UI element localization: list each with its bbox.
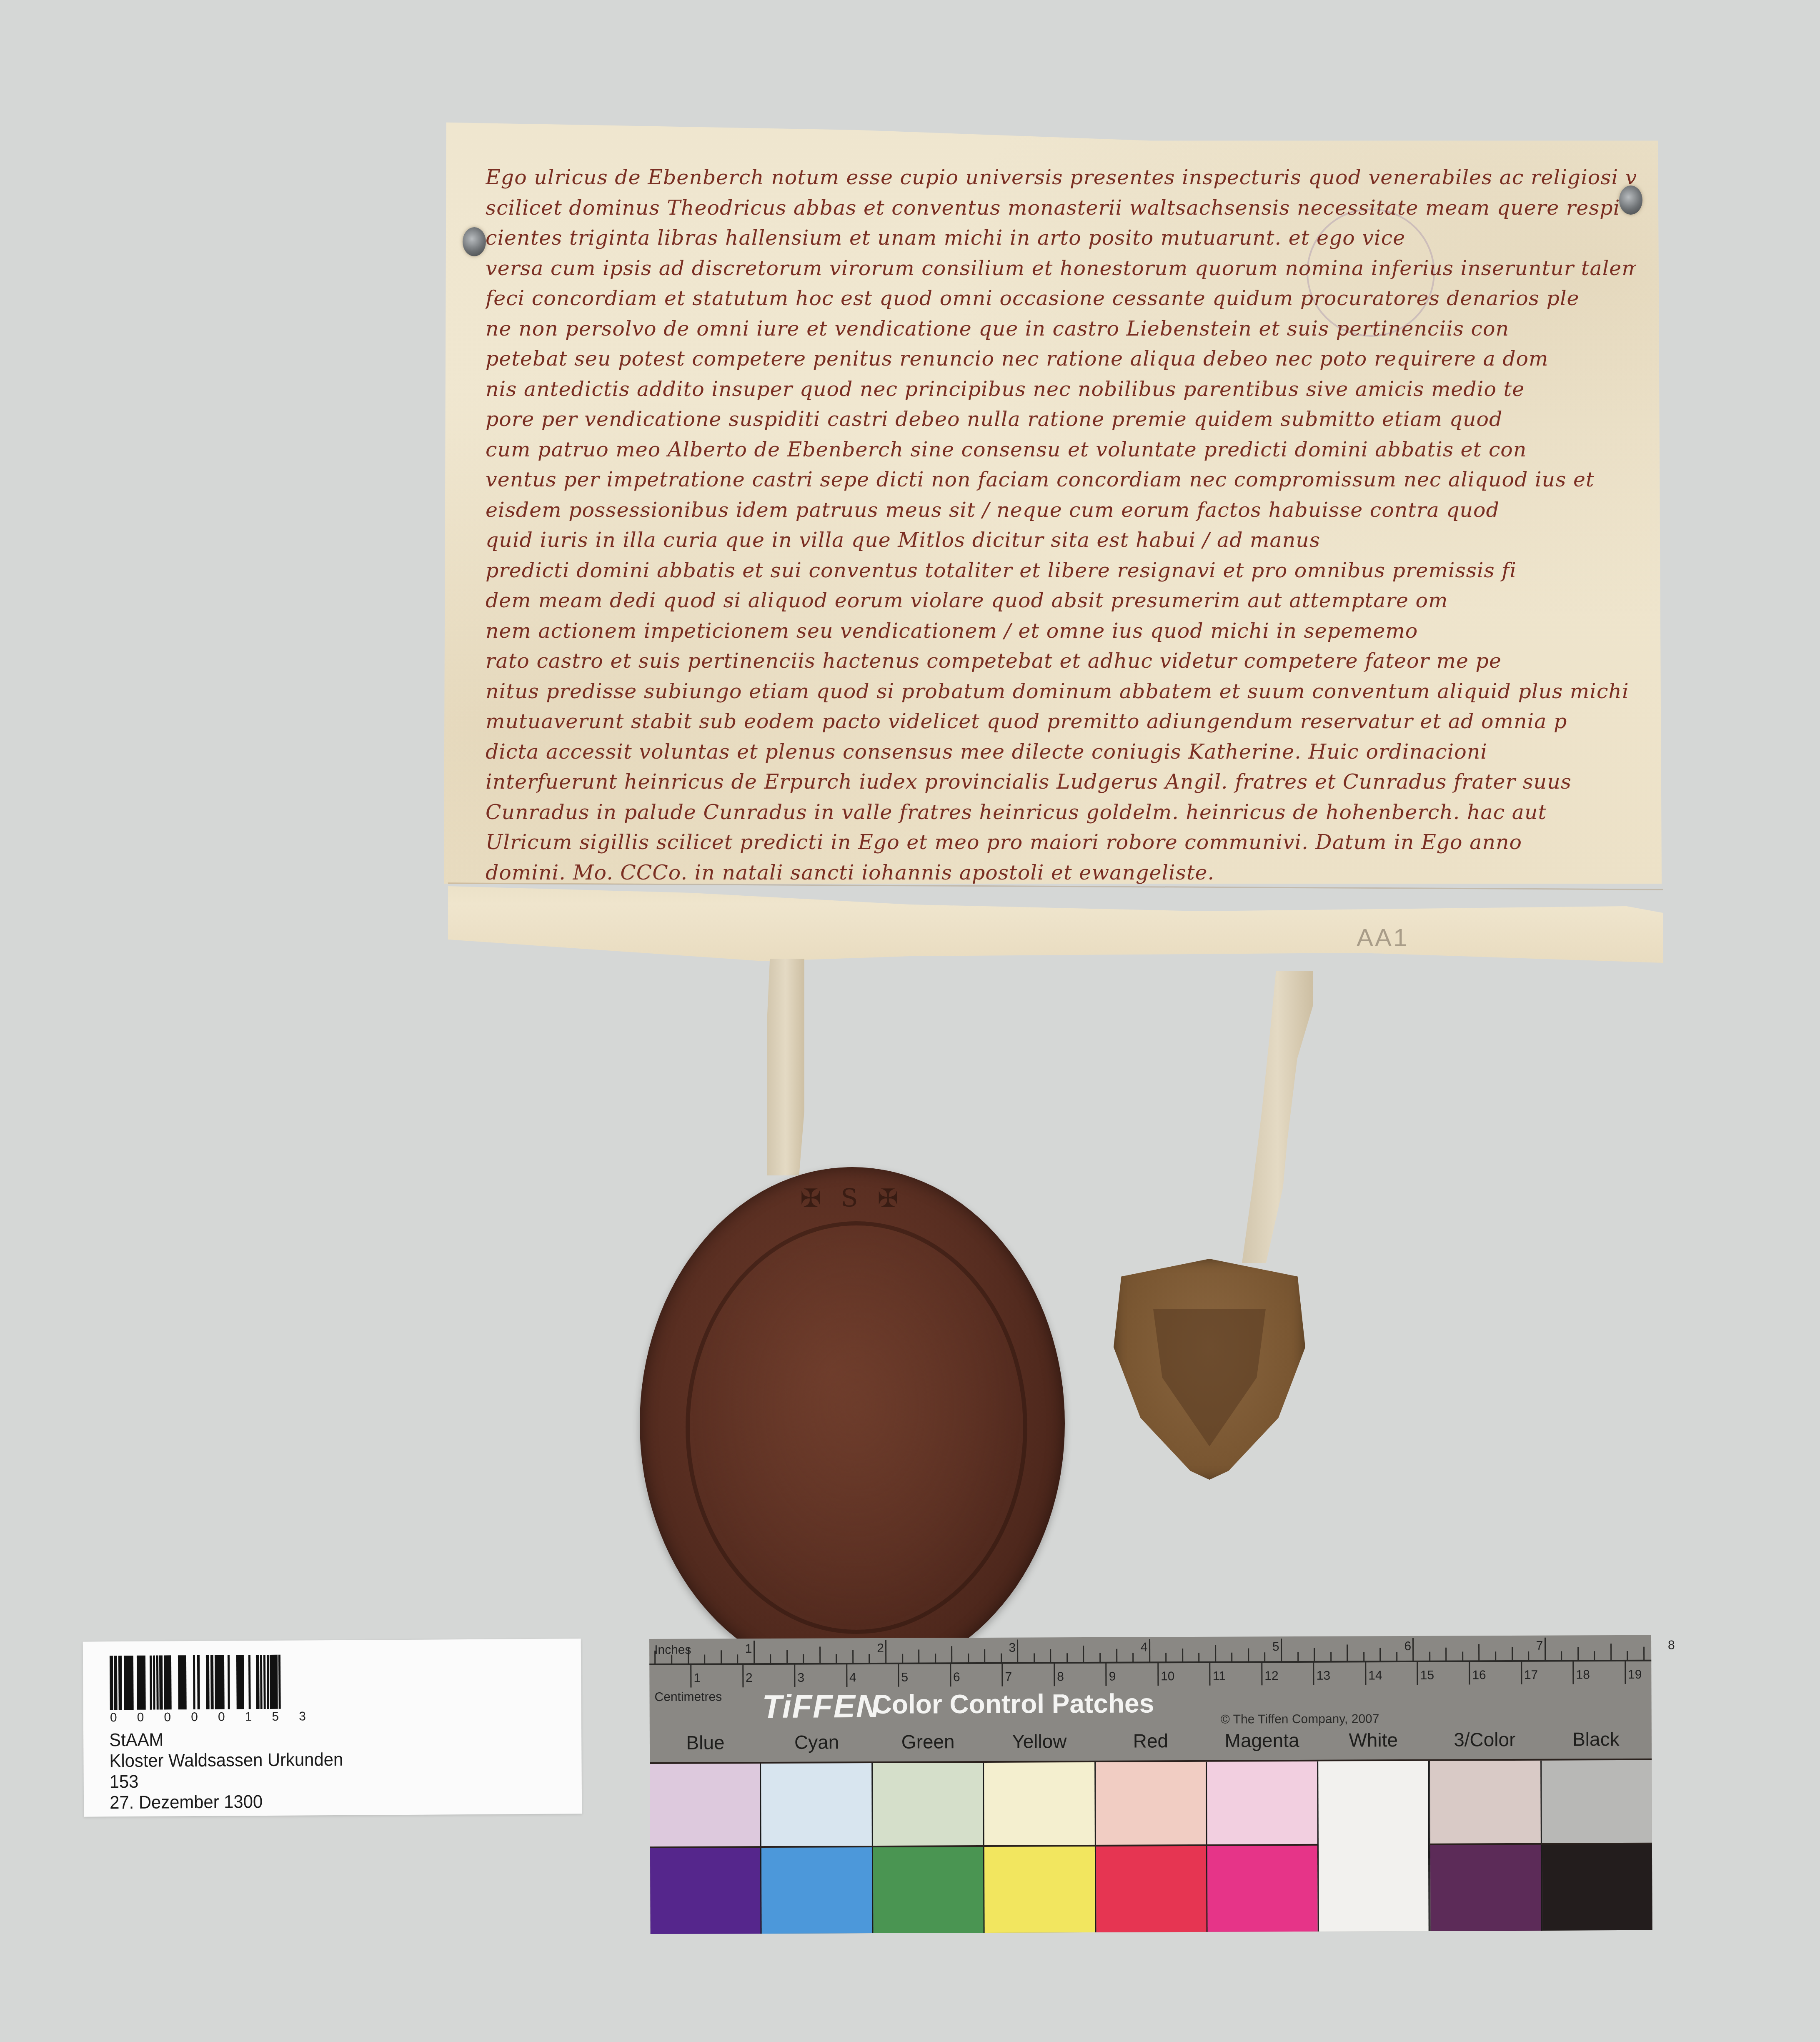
- white-patch: [1317, 1761, 1430, 1932]
- barcode-bar: [178, 1655, 187, 1709]
- light-patch-red: [1096, 1762, 1207, 1846]
- inch-tick: [1445, 1648, 1447, 1661]
- seal-image-field: [686, 1221, 1027, 1634]
- dark-patch-3-color: [1430, 1845, 1542, 1931]
- inch-tick: [1099, 1653, 1101, 1662]
- manuscript-line: dicta accessit voluntas et plenus consen…: [486, 737, 1636, 767]
- barcode-digit: 0: [164, 1710, 171, 1724]
- inch-tick: [1347, 1645, 1348, 1661]
- cm-tick: [1469, 1661, 1470, 1684]
- patch-label-white: White: [1317, 1729, 1429, 1751]
- cm-tick: [1572, 1661, 1574, 1684]
- archive-name: StAAM: [109, 1731, 163, 1749]
- inch-tick: [1610, 1644, 1612, 1660]
- barcode-digit: 5: [272, 1710, 279, 1724]
- manuscript-line: cientes triginta libras hallensium et un…: [486, 223, 1636, 253]
- manuscript-line: Cunradus in palude Cunradus in valle fra…: [486, 797, 1636, 828]
- cm-number: 3: [797, 1671, 804, 1685]
- inch-tick: [1478, 1644, 1480, 1661]
- cm-number: 15: [1420, 1669, 1434, 1683]
- inch-number: 8: [1668, 1639, 1675, 1653]
- cm-tick: [1313, 1662, 1314, 1685]
- inch-tick: [869, 1654, 870, 1663]
- copyright-text: © The Tiffen Company, 2007: [1221, 1712, 1379, 1726]
- barcode-bar: [137, 1656, 146, 1710]
- inch-tick: [1281, 1639, 1282, 1661]
- patch-label-3-color: 3/Color: [1429, 1728, 1540, 1751]
- barcode-digit: 0: [110, 1711, 117, 1725]
- inch-tick: [902, 1654, 903, 1663]
- cm-tick: [1054, 1663, 1055, 1686]
- inch-tick: [1495, 1651, 1496, 1661]
- barcode-icon: [110, 1654, 306, 1710]
- cm-tick: [898, 1664, 899, 1687]
- manuscript-line: Ego ulricus de Ebenberch notum esse cupi…: [486, 163, 1636, 193]
- seal-strap-right: [1242, 971, 1313, 1263]
- cm-tick: [1365, 1662, 1366, 1685]
- dark-patch-black: [1542, 1844, 1652, 1931]
- light-patch-green: [873, 1763, 984, 1847]
- inch-tick: [852, 1650, 854, 1663]
- manuscript-line: domini. Mo. CCCo. in natali sancti iohan…: [486, 858, 1636, 888]
- inch-tick: [1561, 1651, 1562, 1661]
- round-wax-seal: ✠ S ✠: [640, 1167, 1065, 1680]
- patch-label-cyan: Cyan: [761, 1731, 872, 1754]
- cm-tick: [742, 1664, 744, 1687]
- inch-tick: [1034, 1653, 1035, 1662]
- manuscript-line: Ulricum sigillis scilicet predicti in Eg…: [486, 827, 1636, 858]
- barcode-bar: [278, 1655, 281, 1709]
- manuscript-line: ne non persolvo de omni iure et vendicat…: [486, 314, 1636, 344]
- tiffen-color-card: 1234567812345678910111213141516171819 In…: [649, 1635, 1652, 1934]
- inch-tick: [1149, 1639, 1150, 1662]
- barcode-bar: [124, 1656, 134, 1710]
- cm-tick: [950, 1664, 951, 1686]
- light-patch-row: [650, 1760, 1652, 1847]
- inch-tick: [754, 1641, 755, 1664]
- inch-tick: [819, 1646, 821, 1663]
- manuscript-line: petebat seu potest competere penitus ren…: [486, 344, 1636, 374]
- cm-tick: [1157, 1663, 1159, 1686]
- inch-tick: [1528, 1651, 1529, 1661]
- inch-tick: [1396, 1652, 1397, 1661]
- inch-tick: [918, 1650, 919, 1663]
- cm-tick: [1261, 1662, 1262, 1685]
- inch-tick: [1050, 1649, 1051, 1662]
- inch-tick: [1001, 1654, 1002, 1663]
- manuscript-line: pore per vendicatione suspiditi castri d…: [486, 404, 1636, 435]
- inch-tick: [737, 1654, 738, 1664]
- inch-tick: [1314, 1648, 1315, 1661]
- inch-tick: [968, 1654, 969, 1663]
- inch-tick: [1017, 1640, 1018, 1663]
- inch-tick: [1182, 1649, 1183, 1662]
- parchment-fold-plica: [448, 879, 1663, 963]
- inch-tick: [1231, 1653, 1232, 1662]
- inch-tick: [935, 1654, 936, 1663]
- cm-number: 1: [693, 1671, 701, 1686]
- inch-tick: [1132, 1653, 1134, 1662]
- barcode-bar: [215, 1655, 225, 1709]
- inch-tick: [1512, 1647, 1513, 1661]
- inch-tick: [721, 1650, 722, 1664]
- inch-tick: [984, 1649, 985, 1663]
- cm-tick: [1625, 1661, 1626, 1684]
- inch-number: 3: [1009, 1641, 1016, 1655]
- tiffen-logo: TiFFEN: [762, 1687, 880, 1726]
- inch-number: 2: [877, 1641, 884, 1656]
- collection-name: Kloster Waldsassen Urkunden: [109, 1751, 343, 1770]
- manuscript-line: nitus predisse subiungo etiam quod si pr…: [486, 676, 1636, 707]
- barcode-space: [186, 1655, 193, 1709]
- shield-coat-of-arms-icon: [1153, 1309, 1266, 1446]
- light-patch-black: [1542, 1760, 1652, 1844]
- inch-tick: [1215, 1645, 1216, 1662]
- manuscript-line: nis antedictis addito insuper quod nec p…: [486, 374, 1636, 405]
- inch-tick: [803, 1654, 804, 1664]
- cm-number: 13: [1317, 1669, 1331, 1683]
- inch-tick: [770, 1654, 771, 1664]
- inch-tick: [1429, 1652, 1430, 1661]
- manuscript-line: versa cum ipsis ad discretorum virorum c…: [486, 253, 1636, 284]
- barcode-number: 00000153: [110, 1709, 306, 1725]
- cm-tick: [1209, 1663, 1211, 1686]
- inch-tick: [1627, 1651, 1628, 1660]
- ruler-inches-label: Inches: [654, 1643, 691, 1657]
- seal-strap-left: [767, 959, 804, 1175]
- patch-label-black: Black: [1540, 1728, 1652, 1751]
- cm-number: 14: [1368, 1669, 1382, 1683]
- dark-patch-row: [650, 1844, 1652, 1934]
- inch-tick: [1165, 1653, 1167, 1662]
- cm-number: 12: [1264, 1669, 1279, 1683]
- cm-tick: [1417, 1662, 1418, 1685]
- inch-number: 1: [745, 1642, 752, 1656]
- barcode-space: [200, 1655, 206, 1709]
- inch-tick: [1462, 1652, 1463, 1661]
- manuscript-line: eisdem possessionibus idem patruus meus …: [486, 495, 1636, 526]
- barcode-digit: 3: [299, 1709, 306, 1724]
- cm-number: 4: [849, 1671, 856, 1685]
- light-patch-3-color: [1430, 1761, 1542, 1844]
- barcode-space: [230, 1655, 236, 1709]
- patch-label-green: Green: [872, 1730, 984, 1753]
- document-date: 27. Dezember 1300: [110, 1793, 263, 1812]
- manuscript-line: quid iuris in illa curia que in villa qu…: [486, 525, 1636, 556]
- inch-tick: [1248, 1648, 1249, 1661]
- light-patch-cyan: [761, 1763, 873, 1847]
- dark-patch-red: [1096, 1846, 1208, 1932]
- barcode-bar: [236, 1655, 244, 1709]
- ruler-cm-label: Centimetres: [654, 1690, 722, 1704]
- cm-number: 17: [1524, 1668, 1538, 1682]
- inch-tick: [1545, 1638, 1546, 1661]
- light-patch-blue: [650, 1764, 761, 1847]
- light-patch-yellow: [984, 1762, 1096, 1846]
- barcode-bar: [164, 1655, 172, 1709]
- patch-label-yellow: Yellow: [984, 1730, 1095, 1753]
- manuscript-line: predicti domini abbatis et sui conventus…: [486, 556, 1636, 586]
- barcode-space: [250, 1655, 256, 1709]
- cm-number: 16: [1472, 1668, 1486, 1682]
- inch-tick: [1412, 1638, 1414, 1661]
- barcode-digit: 0: [218, 1710, 225, 1724]
- inch-number: 7: [1536, 1639, 1543, 1653]
- cm-number: 2: [746, 1671, 753, 1685]
- cm-number: 5: [901, 1671, 908, 1685]
- card-title: Color Control Patches: [872, 1688, 1154, 1720]
- inch-tick: [951, 1646, 952, 1663]
- dark-patch-yellow: [984, 1847, 1096, 1933]
- barcode-digit: 1: [245, 1710, 252, 1724]
- cm-tick: [794, 1664, 795, 1687]
- inch-tick: [704, 1654, 705, 1664]
- cm-number: 11: [1213, 1669, 1226, 1684]
- manuscript-text: Ego ulricus de Ebenberch notum esse cupi…: [486, 163, 1636, 888]
- cm-number: 7: [1005, 1670, 1012, 1684]
- cm-tick: [1105, 1663, 1107, 1686]
- manuscript-line: feci concordiam et statutum hoc est quod…: [486, 283, 1636, 314]
- pencil-annotation: AA1: [1357, 923, 1409, 952]
- cm-tick: [1521, 1661, 1522, 1684]
- cm-tick: [690, 1665, 691, 1688]
- cm-number: 9: [1109, 1670, 1116, 1684]
- inch-tick: [1594, 1651, 1595, 1660]
- inch-tick: [1116, 1649, 1117, 1662]
- document-number: 153: [110, 1773, 139, 1791]
- seal-legend-glyphs: ✠ S ✠: [640, 1184, 1065, 1213]
- patch-label-blue: Blue: [650, 1731, 761, 1754]
- barcode-digit: 0: [191, 1710, 198, 1724]
- mounting-rivet-left-icon: [463, 227, 486, 256]
- barcode-digit: 0: [137, 1711, 144, 1725]
- dark-patch-cyan: [761, 1847, 873, 1934]
- shield-wax-seal: [1114, 1259, 1305, 1480]
- inch-number: 5: [1272, 1640, 1279, 1654]
- manuscript-line: mutuaverunt stabit sub eodem pacto videl…: [486, 707, 1636, 737]
- barcode-space: [244, 1655, 248, 1709]
- manuscript-line: nem actionem impeticionem seu vendicatio…: [486, 616, 1636, 646]
- barcode-space: [145, 1656, 150, 1710]
- archive-label: 00000153 StAAM Kloster Waldsassen Urkund…: [83, 1639, 582, 1817]
- dark-patch-blue: [650, 1848, 762, 1934]
- inch-tick: [1379, 1648, 1381, 1661]
- dark-patch-magenta: [1207, 1846, 1319, 1932]
- cm-number: 8: [1057, 1670, 1064, 1684]
- manuscript-line: cum patruo meo Alberto de Ebenberch sine…: [486, 435, 1636, 465]
- inch-tick: [1330, 1652, 1332, 1661]
- inch-number: 4: [1141, 1640, 1148, 1654]
- cm-number: 10: [1161, 1669, 1175, 1684]
- inch-tick: [836, 1654, 837, 1663]
- cm-tick: [1001, 1664, 1003, 1686]
- cm-number: 19: [1628, 1668, 1642, 1682]
- patch-label-magenta: Magenta: [1206, 1729, 1317, 1752]
- barcode-bar: [270, 1655, 278, 1709]
- inch-number: 6: [1404, 1639, 1411, 1654]
- inch-tick: [1264, 1652, 1266, 1661]
- barcode-space: [171, 1655, 178, 1709]
- manuscript-line: scilicet dominus Theodricus abbas et con…: [486, 193, 1636, 223]
- cm-number: 6: [953, 1670, 960, 1684]
- inch-tick: [1198, 1653, 1199, 1662]
- manuscript-line: rato castro et suis pertinenciis hactenu…: [486, 646, 1636, 676]
- manuscript-line: ventus per impetratione castri sepe dict…: [486, 465, 1636, 495]
- inch-tick: [1066, 1653, 1068, 1662]
- cm-number: 18: [1576, 1668, 1590, 1682]
- dark-patch-green: [873, 1847, 985, 1933]
- manuscript-line: dem meam dedi quod si aliquod eorum viol…: [486, 586, 1636, 616]
- patch-label-red: Red: [1095, 1729, 1206, 1752]
- ruler-baseline: [649, 1660, 1651, 1665]
- inch-tick: [1577, 1647, 1579, 1660]
- inch-tick: [885, 1640, 886, 1663]
- inch-tick: [1297, 1652, 1299, 1661]
- light-patch-magenta: [1207, 1761, 1319, 1845]
- manuscript-line: interfuerunt heinricus de Erpurch iudex …: [486, 767, 1636, 797]
- cm-tick: [846, 1664, 847, 1687]
- inch-tick: [786, 1650, 788, 1664]
- inch-tick: [1083, 1646, 1084, 1662]
- inch-tick: [1363, 1652, 1364, 1661]
- inch-tick: [1643, 1647, 1645, 1660]
